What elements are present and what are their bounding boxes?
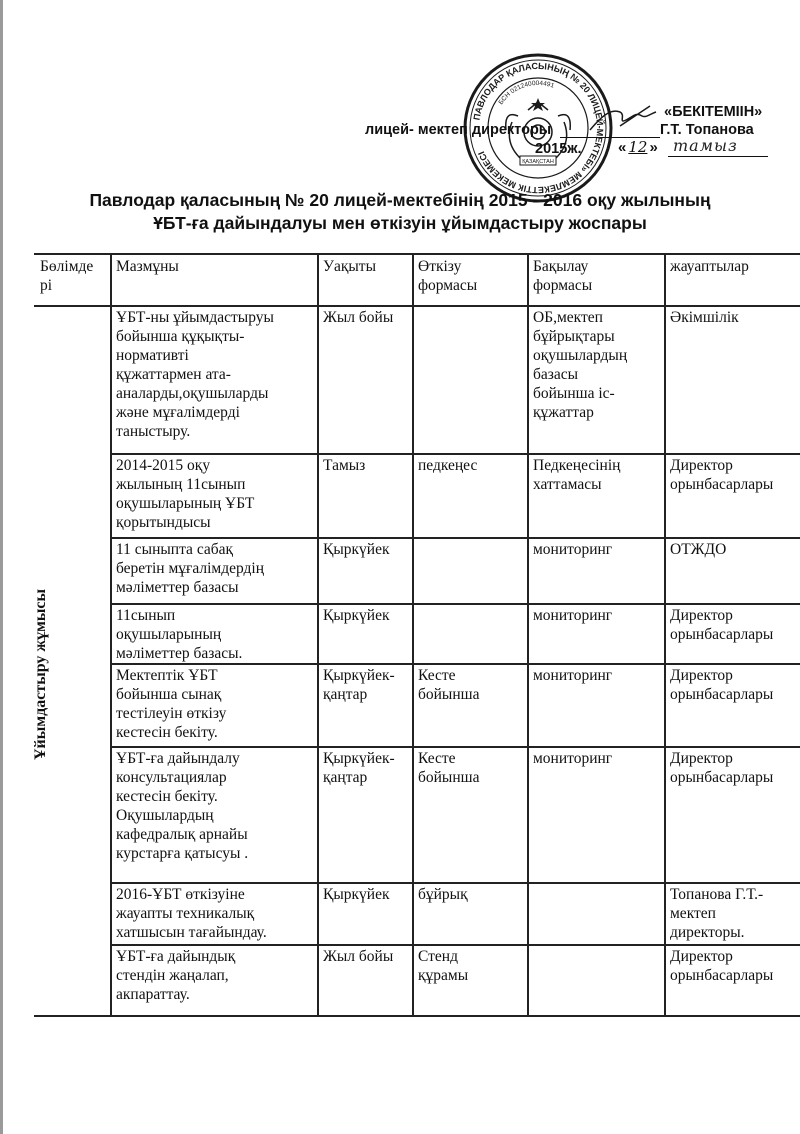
row-divider <box>110 453 800 455</box>
date-close-quote: » <box>649 139 657 156</box>
table-cell-content: ҰБТ-ға дайындық стендін жаңалап, акпарат… <box>116 947 315 1004</box>
svg-text:БСН 021240004491: БСН 021240004491 <box>498 80 556 106</box>
table-cell-control: мониторинг <box>533 606 662 625</box>
row-divider <box>110 746 800 748</box>
column-divider <box>317 253 319 1015</box>
column-divider <box>527 253 529 1015</box>
table-cell-responsible: Топанова Г.Т.- мектеп директоры. <box>670 885 800 942</box>
table-cell-control: ОБ,мектеп бұйрықтары оқушылардың базасы … <box>533 308 662 422</box>
table-header-cell: Уақыты <box>323 257 408 276</box>
section-label-organizational-work: Ұйымдастыру жұмысы <box>32 589 50 760</box>
approval-year: 2015ж. <box>535 141 582 157</box>
table-cell-content: 2014-2015 оқу жылының 11сынып оқушыларын… <box>116 456 315 532</box>
table-cell-time: Тамыз <box>323 456 410 475</box>
table-cell-control: мониторинг <box>533 749 662 768</box>
table-cell-time: Жыл бойы <box>323 947 410 966</box>
table-cell-content: ҰБТ-ны ұйымдастыруы бойынша құқықты- нор… <box>116 308 315 441</box>
document-title-line-1: Павлодар қаласының № 20 лицей-мектебінің… <box>0 190 800 211</box>
date-month-handwritten: тамыз <box>673 136 738 155</box>
table-cell-content: 2016-ҰБТ өткізуіне жауапты техникалық ха… <box>116 885 315 942</box>
table-cell-responsible: Директор орынбасарлары <box>670 456 800 494</box>
table-cell-control: мониторинг <box>533 540 662 559</box>
director-label: лицей- мектеп директоры <box>365 122 551 138</box>
table-header-cell: Бөлімде рі <box>40 257 106 295</box>
table-cell-responsible: Директор орынбасарлары <box>670 666 800 704</box>
table-cell-form: Кесте бойынша <box>418 749 525 787</box>
row-divider <box>110 663 800 665</box>
table-header-cell: Мазмұны <box>116 257 313 276</box>
row-divider <box>110 603 800 605</box>
table-cell-form: Кесте бойынша <box>418 666 525 704</box>
table-cell-content: Мектептік ҰБТ бойынша сынақ тестілеуін ө… <box>116 666 315 742</box>
table-cell-responsible: Әкімшілік <box>670 308 800 327</box>
document-title-line-2: ҰБТ-ға дайындалуы мен өткізуін ұйымдасты… <box>0 213 800 234</box>
table-cell-control: мониторинг <box>533 666 662 685</box>
table-header-cell: жауаптылар <box>670 257 800 276</box>
column-divider <box>664 253 666 1015</box>
table-cell-responsible: ОТЖДО <box>670 540 800 559</box>
table-cell-form: Стенд құрамы <box>418 947 525 985</box>
table-cell-responsible: Директор орынбасарлары <box>670 947 800 985</box>
table-cell-time: Қыркүйек <box>323 540 410 559</box>
table-cell-form: педкеңес <box>418 456 525 475</box>
table-cell-content: ҰБТ-ға дайындалу консультациялар кестесі… <box>116 749 315 863</box>
table-cell-time: Қыркүйек- қаңтар <box>323 749 410 787</box>
approval-date: «12» <box>618 138 658 156</box>
date-day: 12 <box>626 138 649 156</box>
table-header-cell: Өткізу формасы <box>418 257 523 295</box>
table-cell-time: Қыркүйек <box>323 885 410 904</box>
column-divider <box>110 253 112 1015</box>
table-cell-control: Педкеңесінің хаттамасы <box>533 456 662 494</box>
table-cell-responsible: Директор орынбасарлары <box>670 606 800 644</box>
table-cell-time: Қыркүйек <box>323 606 410 625</box>
table-cell-content: 11сынып оқушыларының мәліметтер базасы. <box>116 606 315 663</box>
table-cell-time: Жыл бойы <box>323 308 410 327</box>
header-bottom-border <box>34 305 800 307</box>
column-divider <box>412 253 414 1015</box>
table-cell-form: бұйрық <box>418 885 525 904</box>
row-divider <box>110 944 800 946</box>
table-cell-content: 11 сыныпта сабақ беретін мұғалімдердің м… <box>116 540 315 597</box>
row-divider <box>110 882 800 884</box>
date-line <box>668 156 768 157</box>
table-cell-time: Қыркүйек- қаңтар <box>323 666 410 704</box>
table-top-border <box>34 253 800 255</box>
row-divider <box>110 537 800 539</box>
svg-text:ҚАЗАҚСТАН: ҚАЗАҚСТАН <box>522 159 554 165</box>
approval-heading: «БЕКІТЕМІІН» <box>664 104 762 120</box>
table-header-cell: Бақылау формасы <box>533 257 660 295</box>
scan-page-edge <box>0 0 3 1134</box>
table-cell-responsible: Директор орынбасарлары <box>670 749 800 787</box>
table-bottom-border <box>34 1015 800 1017</box>
